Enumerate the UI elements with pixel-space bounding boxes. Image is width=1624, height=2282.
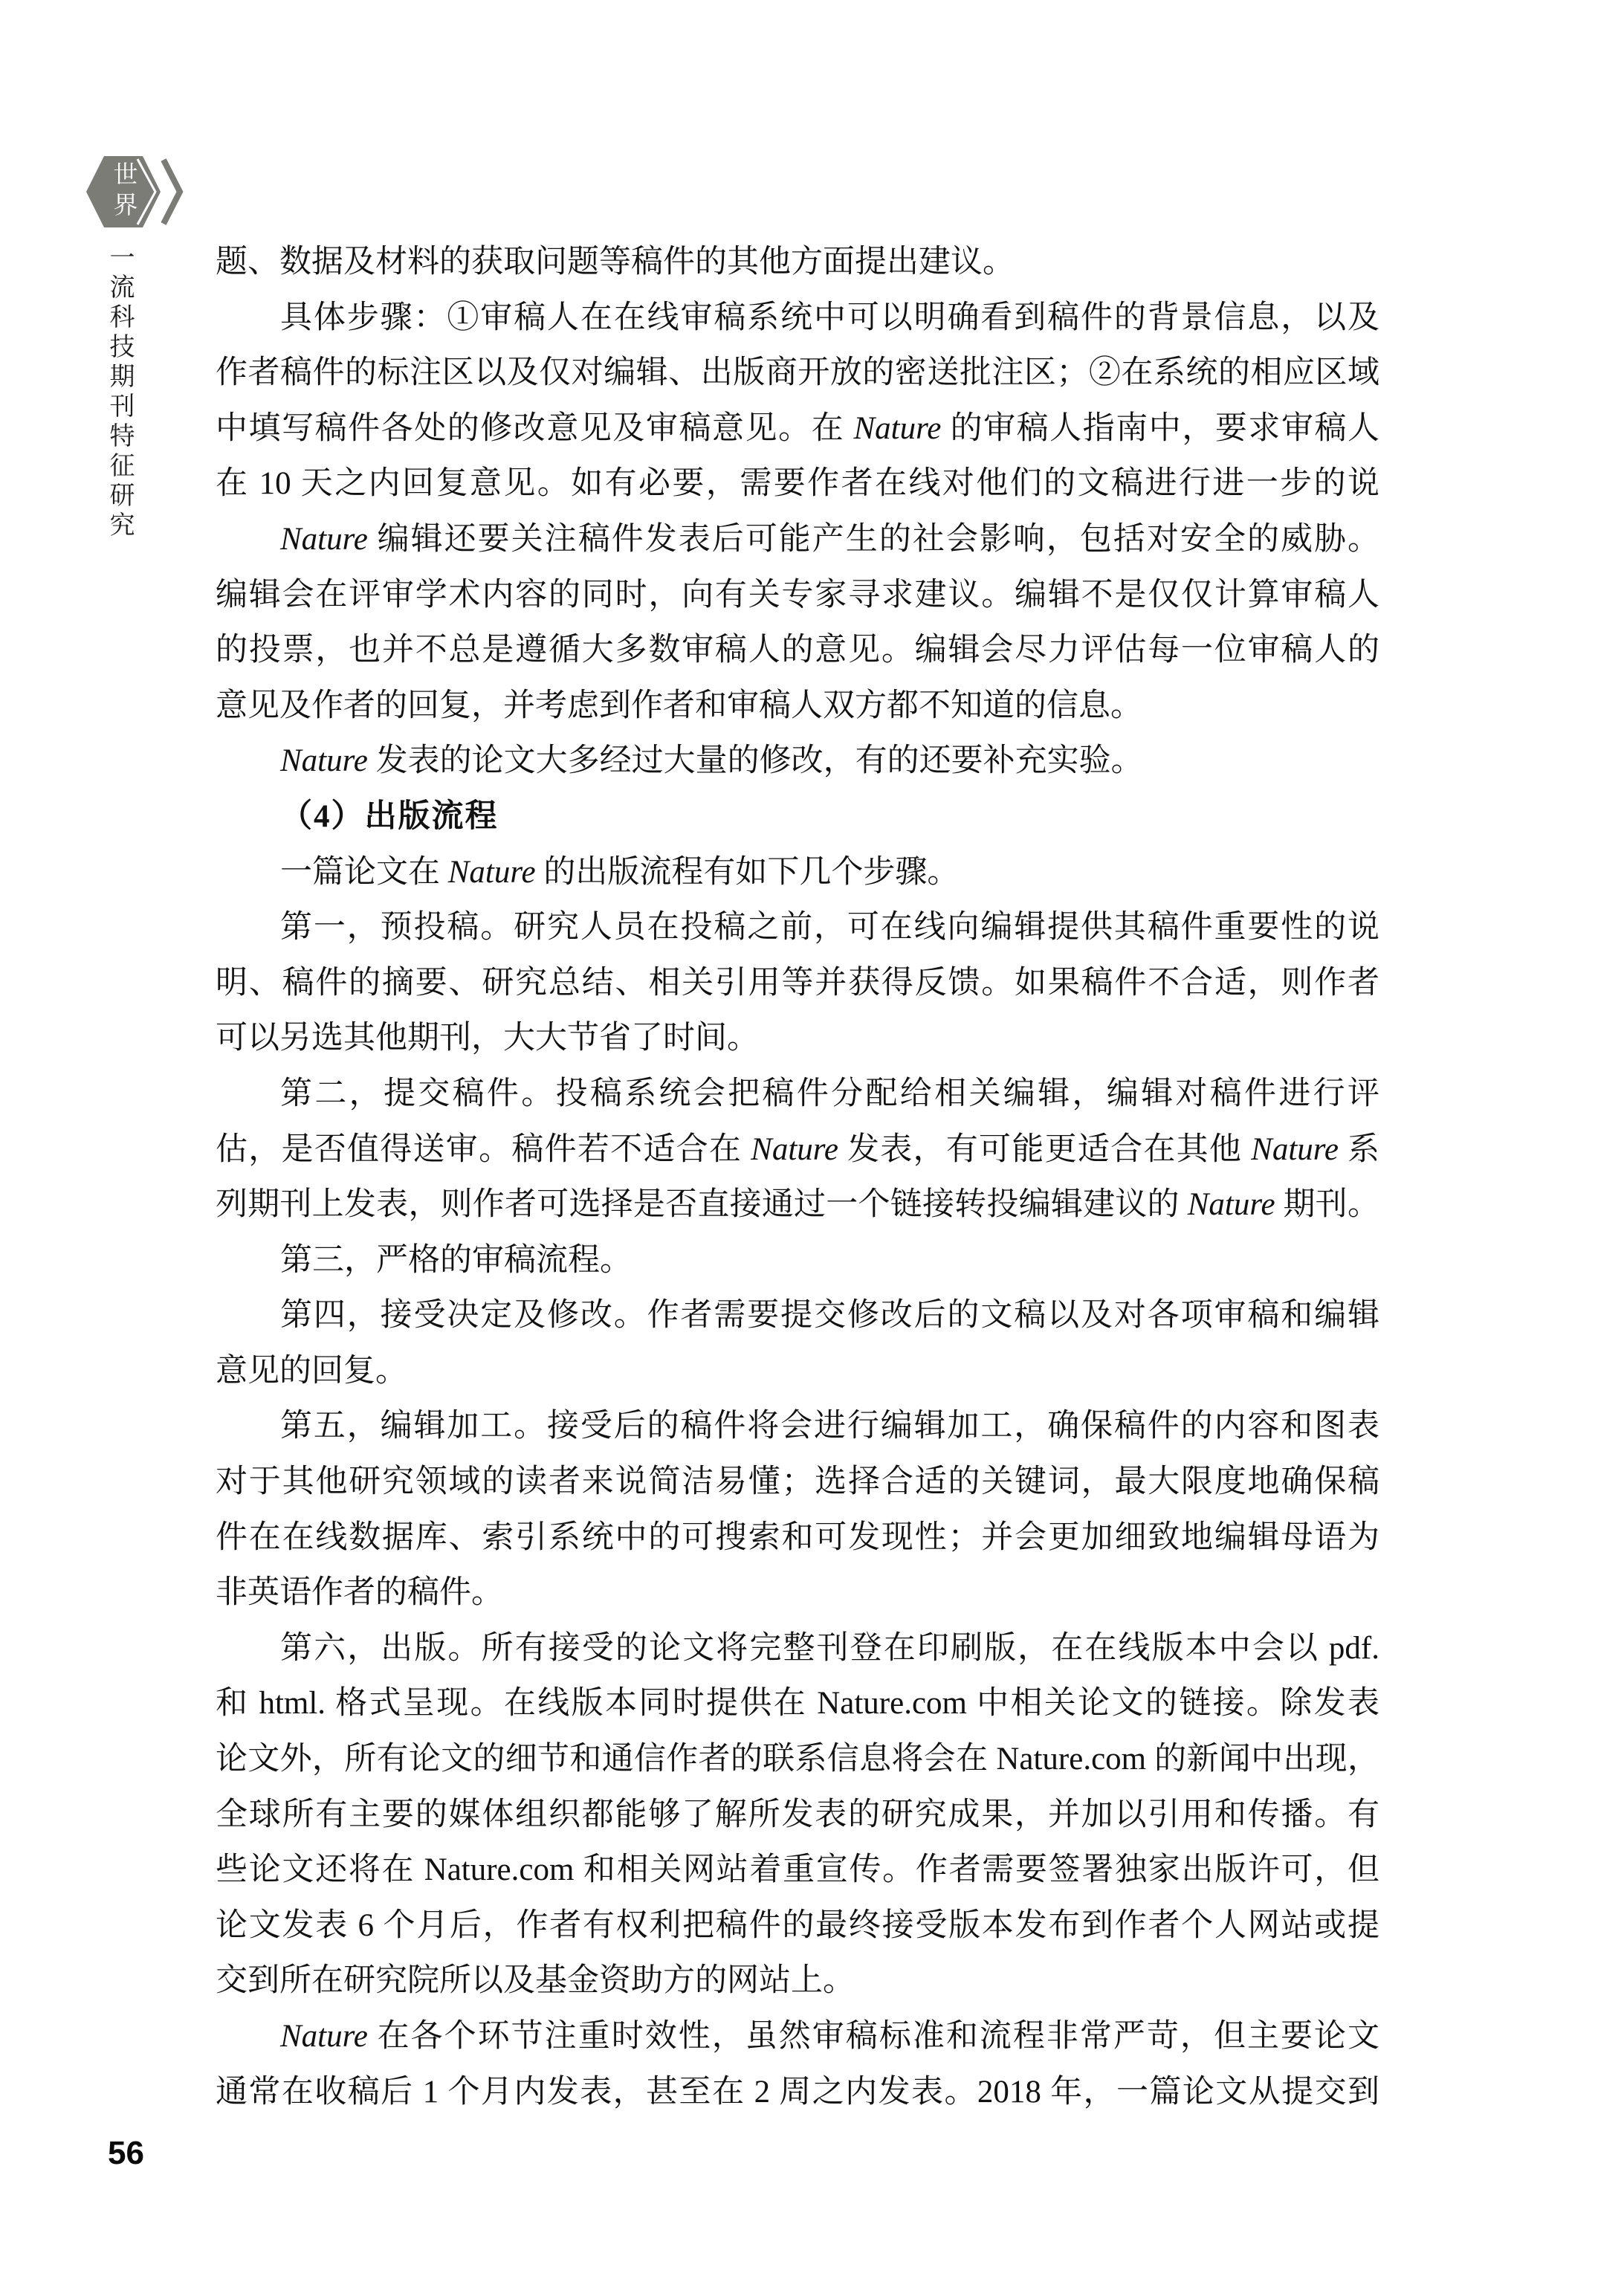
badge-label: 世界 [84, 158, 163, 226]
text-line: 明、稿件的摘要、研究总结、相关引用等并获得反馈。如果稿件不合适，则作者 [216, 956, 1379, 1012]
text-line: 具体步骤：①审稿人在在线审稿系统中可以明确看到稿件的背景信息，以及 [216, 291, 1379, 346]
text-line: 论文外，所有论文的细节和通信作者的联系信息将会在 Nature.com 的新闻中… [216, 1732, 1379, 1788]
text-line: Nature 编辑还要关注稿件发表后可能产生的社会影响，包括对安全的威胁。 [216, 512, 1379, 568]
text-line: 在 10 天之内回复意见。如有必要，需要作者在线对他们的文稿进行进一步的说明。 [216, 456, 1379, 512]
text-line: 估，是否值得送审。稿件若不适合在 Nature 发表，有可能更适合在其他 Nat… [216, 1122, 1379, 1178]
text-line: 交到所在研究院所以及基金资助方的网站上。 [216, 1953, 1379, 2009]
text-line: 第一，预投稿。研究人员在投稿之前，可在线向编辑提供其稿件重要性的说 [216, 900, 1379, 956]
text-line: 些论文还将在 Nature.com 和相关网站着重宣传。作者需要签署独家出版许可… [216, 1843, 1379, 1898]
world-class-badge: 世界 [84, 155, 184, 229]
text-line: 的投票，也并不总是遵循大多数审稿人的意见。编辑会尽力评估每一位审稿人的 [216, 623, 1379, 679]
text-line: 编辑会在评审学术内容的同时，向有关专家寻求建议。编辑不是仅仅计算审稿人 [216, 568, 1379, 624]
text-line: 第二，提交稿件。投稿系统会把稿件分配给相关编辑，编辑对稿件进行评 [216, 1067, 1379, 1122]
text-line: 全球所有主要的媒体组织都能够了解所发表的研究成果，并加以引用和传播。有 [216, 1788, 1379, 1843]
text-line: 列期刊上发表，则作者可选择是否直接通过一个链接转投编辑建议的 Nature 期刊… [216, 1177, 1379, 1233]
text-line: 通常在收稿后 1 个月内发表，甚至在 2 周之内发表。2018 年，一篇论文从提… [216, 2065, 1379, 2121]
text-line: 作者稿件的标注区以及仅对编辑、出版商开放的密送批注区；②在系统的相应区域 [216, 346, 1379, 401]
text-line: 意见及作者的回复，并考虑到作者和审稿人双方都不知道的信息。 [216, 679, 1379, 734]
text-line: 对于其他研究领域的读者来说简洁易懂；选择合适的关键词，最大限度地确保稿 [216, 1455, 1379, 1510]
text-line: 第三，严格的审稿流程。 [216, 1233, 1379, 1289]
text-line: Nature 发表的论文大多经过大量的修改，有的还要补充实验。 [216, 734, 1379, 789]
sidebar-vertical-title: 一流科技期刊特征研究 [101, 244, 138, 556]
text-line: 中填写稿件各处的修改意见及审稿意见。在 Nature 的审稿人指南中，要求审稿人 [216, 401, 1379, 457]
chevron-right-icon [164, 160, 180, 224]
text-line: 题、数据及材料的获取问题等稿件的其他方面提出建议。 [216, 235, 1379, 291]
text-line: 第五，编辑加工。接受后的稿件将会进行编辑加工，确保稿件的内容和图表 [216, 1399, 1379, 1455]
text-line: 论文发表 6 个月后，作者有权利把稿件的最终接受版本发布到作者个人网站或提 [216, 1898, 1379, 1954]
page-number: 56 [108, 2135, 144, 2172]
text-line: 件在在线数据库、索引系统中的可搜索和可发现性；并会更加细致地编辑母语为 [216, 1510, 1379, 1566]
text-line: 非英语作者的稿件。 [216, 1565, 1379, 1621]
body-text: 题、数据及材料的获取问题等稿件的其他方面提出建议。具体步骤：①审稿人在在线审稿系… [216, 235, 1379, 2120]
text-line: 第六，出版。所有接受的论文将完整刊登在印刷版，在在线版本中会以 pdf. [216, 1621, 1379, 1677]
text-line: 和 html. 格式呈现。在线版本同时提供在 Nature.com 中相关论文的… [216, 1676, 1379, 1732]
text-line: 一篇论文在 Nature 的出版流程有如下几个步骤。 [216, 845, 1379, 901]
text-line: 可以另选其他期刊，大大节省了时间。 [216, 1011, 1379, 1067]
book-page: 世界 一流科技期刊特征研究 题、数据及材料的获取问题等稿件的其他方面提出建议。具… [0, 0, 1624, 2282]
text-line: （4）出版流程 [216, 789, 1379, 845]
text-line: 第四，接受决定及修改。作者需要提交修改后的文稿以及对各项审稿和编辑 [216, 1288, 1379, 1344]
text-line: Nature 在各个环节注重时效性，虽然审稿标准和流程非常严苛，但主要论文 [216, 2009, 1379, 2065]
text-line: 意见的回复。 [216, 1344, 1379, 1400]
